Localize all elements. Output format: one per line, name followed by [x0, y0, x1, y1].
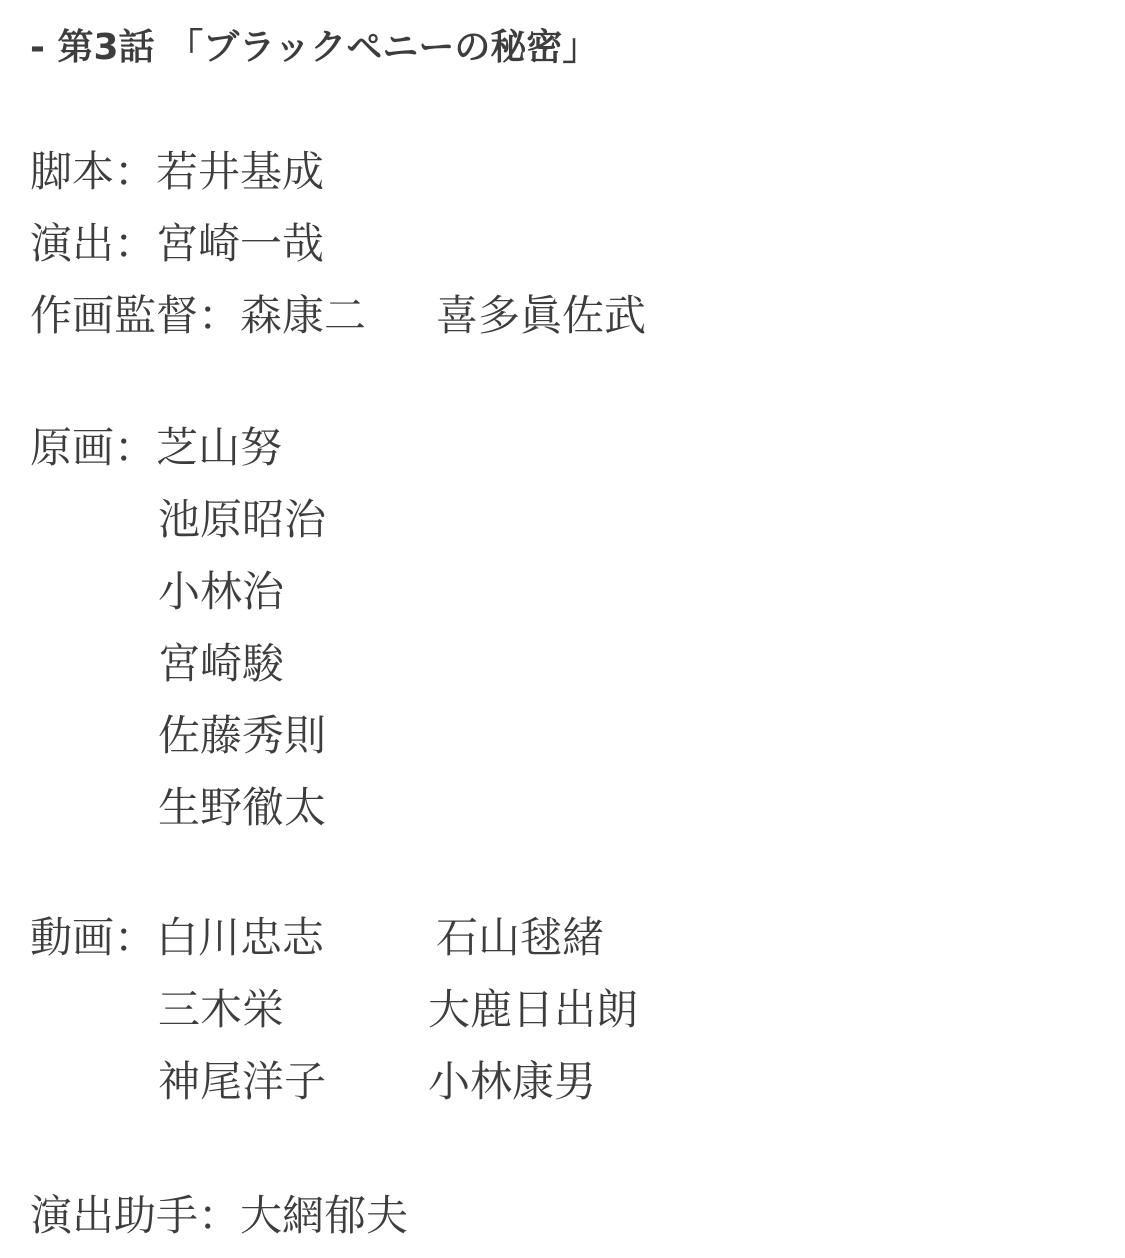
- credit-label: 作画監督：: [30, 291, 240, 340]
- credit-name: 喜多眞佐武: [436, 288, 646, 344]
- credit-label: 動画：: [30, 913, 156, 962]
- credit-name: 小林治: [158, 564, 284, 620]
- credit-direction: 演出：宮崎一哉: [30, 216, 324, 272]
- credit-label: 脚本：: [30, 147, 156, 196]
- credit-key-animation: 原画：芝山努: [30, 420, 282, 476]
- episode-number: 第3話: [57, 27, 154, 68]
- credit-name: 若井基成: [156, 147, 324, 196]
- episode-heading: - 第3話 「ブラックペニーの秘密」: [30, 22, 598, 74]
- credit-name: 宮崎一哉: [156, 219, 324, 268]
- credit-assistant-director: 演出助手：大網郁夫: [30, 1188, 408, 1244]
- credit-label: 原画：: [30, 423, 156, 472]
- credit-name: 森康二: [240, 291, 366, 340]
- credit-name: 池原昭治: [158, 492, 326, 548]
- episode-title: 「ブラックペニーの秘密」: [167, 27, 598, 68]
- credit-in-between: 動画：白川忠志: [30, 910, 324, 966]
- credit-name: 芝山努: [156, 423, 282, 472]
- credit-name: 大鹿日出朗: [428, 982, 638, 1038]
- credit-name: 佐藤秀則: [158, 708, 326, 764]
- heading-prefix: -: [30, 27, 57, 68]
- credit-screenplay: 脚本：若井基成: [30, 144, 324, 200]
- credit-name: 大網郁夫: [240, 1191, 408, 1240]
- credit-label: 演出：: [30, 219, 156, 268]
- credit-name: 三木栄: [158, 982, 284, 1038]
- credit-label: 演出助手：: [30, 1191, 240, 1240]
- credit-name: 宮崎駿: [158, 636, 284, 692]
- credit-name: 生野徹太: [158, 780, 326, 836]
- credit-name: 石山毬緒: [436, 910, 604, 966]
- credit-name: 小林康男: [428, 1054, 596, 1110]
- credit-animation-director: 作画監督：森康二: [30, 288, 366, 344]
- credit-name: 白川忠志: [156, 913, 324, 962]
- credit-name: 神尾洋子: [158, 1054, 326, 1110]
